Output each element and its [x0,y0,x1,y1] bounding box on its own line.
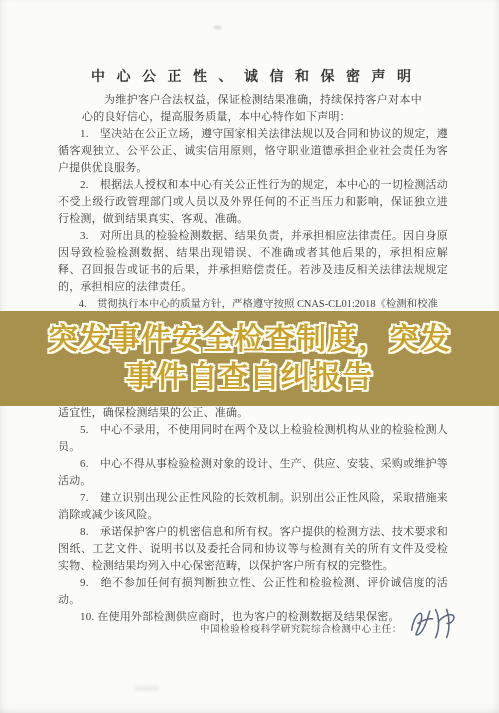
footer: 中国检验检疫科学研究院综合检测中心主任： [200,612,460,644]
declaration-item-1: 1. 坚决站在公正立场，遵守国家相关法律法规以及合同和协议的规定，遵循客观独立、… [58,126,448,177]
scan-artifact-top [214,26,221,29]
document-page: 中 心 公 正 性 、 诚 信 和 保 密 声 明 为维护客户合法权益，保证检测… [0,0,499,713]
scan-artifact-bottom [135,686,159,691]
declaration-item-7: 7. 建立识别出现公正性风险的长效机制。识别出公正性风险，采取措施来消除或减少该… [58,490,448,524]
watermark-headline: 突发事件安全检查制度，突发 事件自查自纠报告 [0,311,499,406]
watermark-headline-line-2: 事件自查自纠报告 [126,359,374,397]
document-title: 中 心 公 正 性 、 诚 信 和 保 密 声 明 [58,0,448,85]
declaration-item-5: 5. 中心不录用，不使用同时在两个及以上检验检测机构从业的检验检测人员。 [58,422,448,456]
director-signature [402,599,462,647]
signature-label: 中国检验检疫科学研究院综合检测中心主任： [200,621,402,635]
declaration-item-4-tail-line: 适宜性，确保检测结果的公正、准确。 [58,405,448,422]
declaration-item-9: 9. 绝不参加任何有损判断独立性、公正性和检验检测、评价诚信度的活动。 [58,575,448,609]
declaration-item-8: 8. 承诺保护客户的机密信息和所有权。客户提供的检测方法、技术要求和图纸、工艺文… [58,524,448,575]
watermark-headline-line-1: 突发事件安全检查制度，突发 [48,321,451,359]
declaration-item-2: 2. 根据法人授权和本中心有关公正性行为的规定，本中心的一切检测活动不受上级行政… [58,177,448,228]
intro-paragraph: 为维护客户合法权益，保证检测结果准确，持续保持客户对本中心的良好信心，提高服务质… [58,92,448,126]
declaration-item-3: 3. 对所出具的检验检测数据、结果负责，并承担相应法律责任。因自身原因导致检验检… [58,228,448,296]
declaration-item-6: 6. 中心不得从事检验检测对象的设计、生产、供应、安装、采购或维护等活动。 [58,456,448,490]
